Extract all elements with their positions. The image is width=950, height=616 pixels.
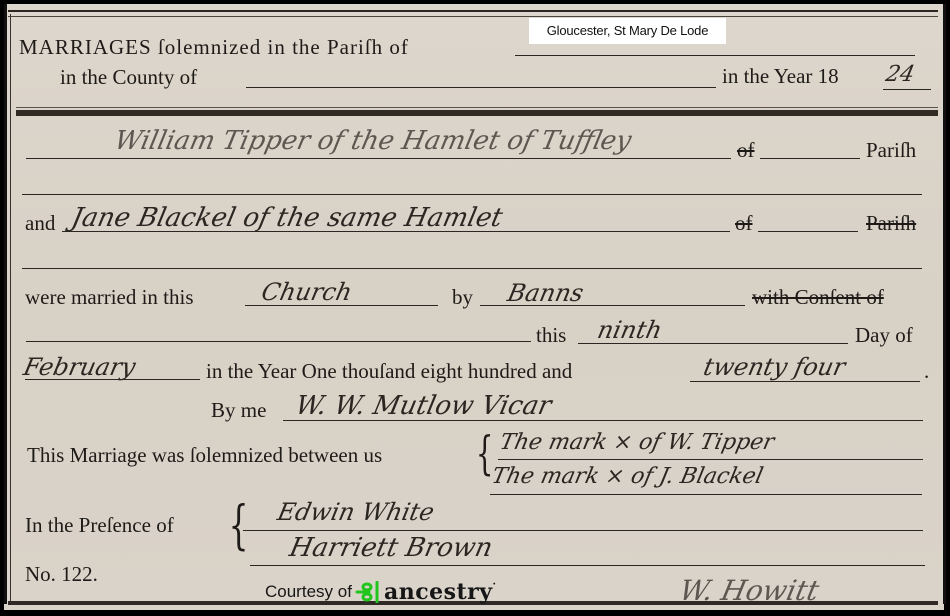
bride-entry: Jane Blackel of the same Hamlet: [69, 205, 505, 231]
header-line2: in the County of: [60, 67, 197, 88]
consent-label: with Conſent of: [752, 287, 884, 308]
blank-rule-2: [22, 268, 922, 269]
header-line1: MARRIAGES ſolemnized in the Pariſh of: [19, 37, 409, 58]
header-divider-thin: [16, 107, 938, 108]
witness2-rule: [250, 565, 925, 566]
method-value: Banns: [505, 281, 585, 305]
witness1-name: Edwin White: [275, 500, 436, 524]
groom-entry: William Tipper of the Hamlet of Tuffley: [112, 128, 633, 154]
parties-brace: {: [476, 430, 494, 476]
ancestry-brand: ancestry·: [384, 579, 497, 605]
ancestry-leaf-icon: [355, 581, 381, 603]
witness-label: In the Preſence of: [25, 515, 174, 536]
by-label: by: [452, 287, 473, 308]
margin-signature: W. Howitt: [677, 577, 821, 605]
consent-rule: [26, 341, 531, 342]
groom-parish-label: Pariſh: [866, 140, 916, 161]
year-value-rule: [690, 381, 920, 382]
ancestry-watermark: Courtesy of ancestry·: [265, 579, 497, 605]
top-border: [8, 10, 938, 12]
groom-rule: [26, 158, 731, 159]
witness2-name: Harriett Brown: [287, 535, 495, 561]
entry-number: No. 122.: [25, 564, 98, 585]
bride-mark-rule: [490, 494, 922, 495]
by-me-label: By me: [211, 400, 266, 421]
day-of-label: Day of: [855, 325, 913, 346]
place-value: Church: [259, 280, 354, 304]
month-value: February: [21, 355, 137, 379]
witness-brace: {: [229, 500, 249, 552]
witness1-rule: [243, 530, 923, 531]
right-border: [943, 4, 946, 604]
year-period: .: [924, 361, 929, 382]
bride-of-label: of: [735, 213, 753, 234]
bride-mark: The mark × of J. Blackel: [490, 466, 765, 488]
top-inner-border: [8, 16, 938, 17]
courtesy-label: Courtesy of: [265, 582, 352, 602]
this-label: this: [536, 325, 566, 346]
officiant-name: W. W. Mutlow Vicar: [293, 393, 553, 419]
groom-of-label: of: [737, 140, 755, 161]
parties-label: This Marriage was ſolemnized between us: [27, 445, 382, 466]
bride-parish-label: Pariſh: [866, 213, 916, 234]
left-border: [4, 4, 7, 604]
and-label: and: [25, 213, 55, 234]
header-divider-thick: [16, 110, 938, 116]
year-handwritten: 24: [884, 64, 917, 86]
day-value: ninth: [595, 318, 664, 342]
bride-parish-rule: [758, 231, 858, 232]
left-inner-border: [10, 14, 11, 604]
county-rule: [246, 87, 716, 88]
blank-rule-1: [22, 194, 922, 195]
groom-parish-rule: [760, 158, 860, 159]
year-value: twenty four: [701, 355, 847, 379]
year-rule: [883, 89, 931, 90]
groom-mark: The mark × of W. Tipper: [498, 432, 776, 454]
parish-label: Gloucester, St Mary De Lode: [529, 18, 726, 44]
year-label: in the Year 18: [722, 66, 839, 87]
parish-rule: [515, 55, 915, 56]
married-label: were married in this: [25, 287, 194, 308]
groom-mark-rule: [498, 459, 923, 460]
year-text: in the Year One thouſand eight hundred a…: [206, 361, 572, 382]
